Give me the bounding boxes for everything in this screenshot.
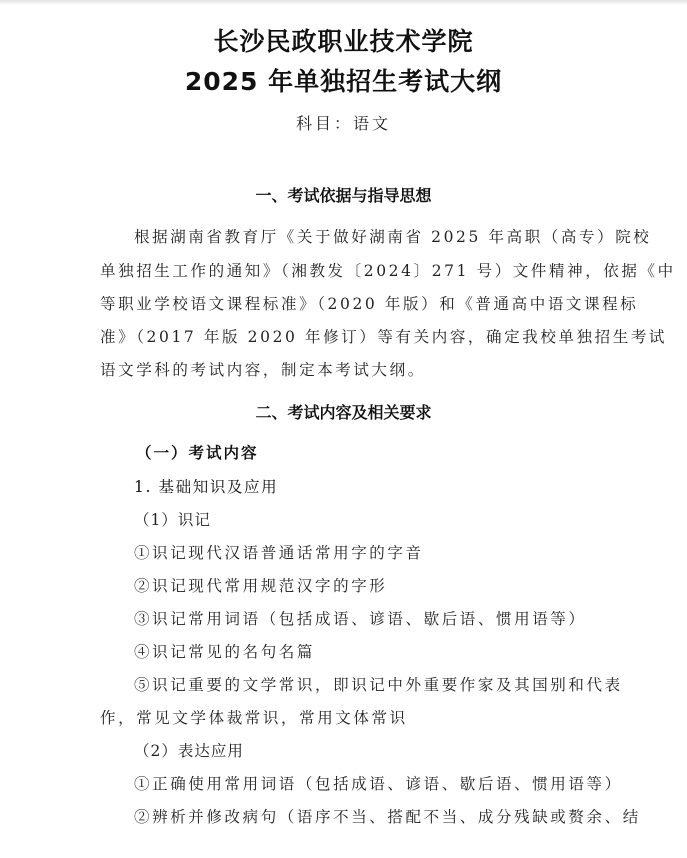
paragraph-line: 语文学科的考试内容，制定本考试大纲。 [100, 358, 426, 380]
list-item: ②辨析并修改病句（语序不当、搭配不当、成分残缺或赘余、结 [134, 805, 641, 827]
list-item: ④识记常见的名句名篇 [134, 640, 315, 662]
item-title-memorize: （1）识记 [134, 508, 211, 530]
document-subject: 科目：语文 [0, 111, 687, 134]
document-title-exam: 2025 年单独招生考试大纲 [0, 62, 687, 98]
list-item: ⑤识记重要的文学常识，即识记中外重要作家及其国别和代表 [134, 673, 623, 695]
list-item: ②识记现代常用规范汉字的字形 [134, 574, 387, 596]
item-title-expression: （2）表达应用 [134, 739, 244, 761]
paragraph-line: 单独招生工作的通知》（湘教发〔2024〕271 号）文件精神，依据《中 [100, 259, 676, 281]
paragraph-line: 准》（2017 年版 2020 年修订）等有关内容，确定我校单独招生考试 [100, 325, 667, 347]
document-page: 长沙民政职业技术学院 2025 年单独招生考试大纲 科目：语文 一、考试依据与指… [0, 0, 687, 858]
document-title-institution: 长沙民政职业技术学院 [0, 22, 687, 58]
part-title-basic-knowledge: 1. 基础知识及应用 [134, 475, 278, 497]
list-item: ③识记常用词语（包括成语、谚语、歇后语、惯用语等） [134, 607, 587, 629]
list-item: ①正确使用常用词语（包括成语、谚语、歇后语、惯用语等） [134, 772, 623, 794]
section-heading-content: 二、考试内容及相关要求 [0, 400, 687, 423]
list-item-continuation: 作，常见文学体裁常识，常用文体常识 [100, 706, 408, 728]
list-item: ①识记现代汉语普通话常用字的字音 [134, 541, 424, 563]
section-heading-basis: 一、考试依据与指导思想 [0, 183, 687, 206]
subsection-heading-exam-content: （一）考试内容 [136, 441, 259, 463]
paragraph-line: 根据湖南省教育厅《关于做好湖南省 2025 年高职（高专）院校 [134, 225, 651, 247]
paragraph-line: 等职业学校语文课程标准》（2020 年版）和《普通高中语文课程标 [100, 292, 638, 314]
